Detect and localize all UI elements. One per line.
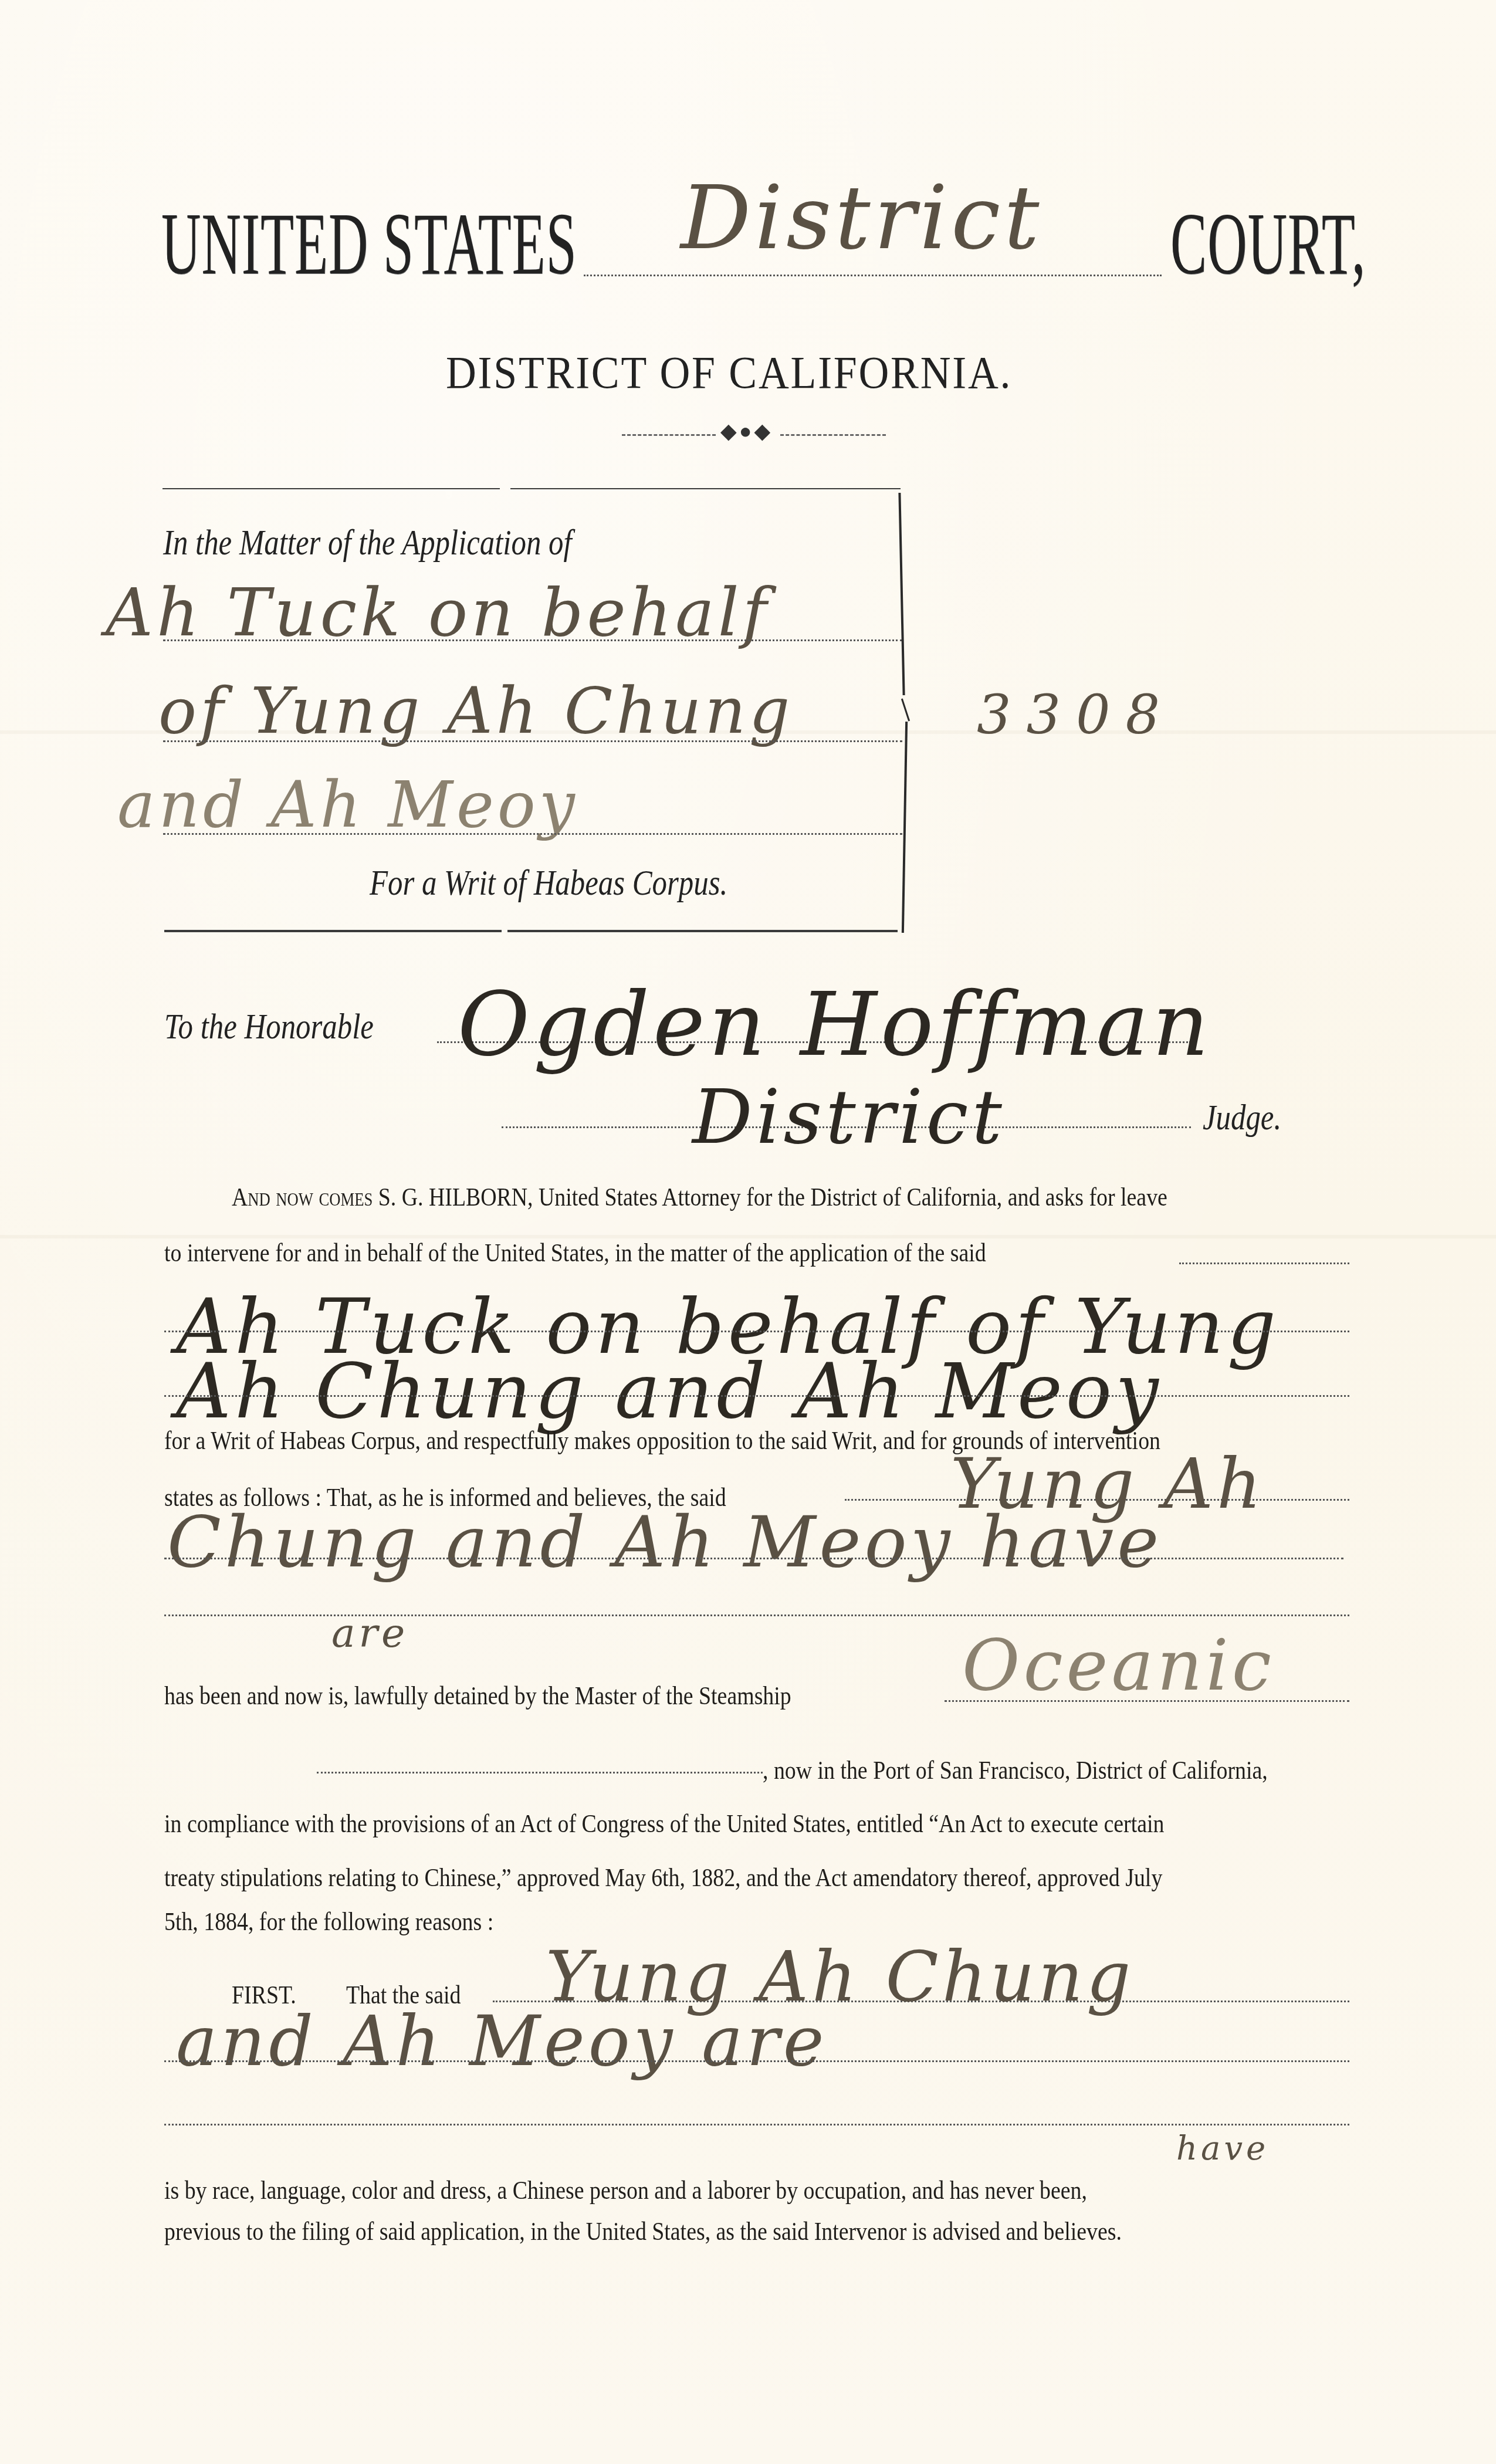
district-subtitle: DISTRICT OF CALIFORNIA. [446,346,1012,399]
body-line-8: treaty stipulations relating to Chinese,… [164,1863,1162,1893]
court-title-right: COURT, [1170,194,1366,295]
applicant-body-blank-3 [164,1395,1349,1397]
court-type-handwritten-2: District [692,1074,1006,1161]
body-line-7: in compliance with the provisions of an … [164,1809,1164,1839]
body-line-1-rest: S. G. HILBORN, United States Attorney fo… [378,1183,1167,1211]
ornament-line-right [780,434,886,436]
court-type-handwritten: District [681,167,1043,269]
body-line-5: has been and now is, lawfully detained b… [164,1681,791,1711]
first-blank-3 [164,2124,1349,2125]
applicant-line-2: of Yung Ah Chung [158,675,793,748]
applicant-blank-body [1179,1263,1349,1264]
hand-steamship-name: Oceanic [962,1625,1275,1707]
caption-top-rule [163,488,500,489]
applicant-blank-2 [163,740,902,742]
correction-have: have [1176,2130,1269,2168]
body-p2-line-2: previous to the filing of said applicati… [164,2216,1122,2246]
ornament-icon: ◆●◆ [720,419,773,444]
applicant-body-blank-2 [164,1331,1349,1332]
ornament-line-left [622,434,716,436]
hand-detainee-2: Chung and Ah Meoy have [167,1502,1162,1583]
court-type-blank [584,275,1162,276]
body-p2-line-1: is by race, language, color and dress, a… [164,2175,1087,2205]
hand-applicant-body-2: Ah Chung and Ah Meoy [176,1346,1162,1436]
caption-bottom-rule [507,930,898,932]
body-line-2: to intervene for and in behalf of the Un… [164,1238,986,1268]
body-line-9: 5th, 1884, for the following reasons : [164,1907,493,1937]
hand-first-2: and Ah Meoy are [176,2001,828,2081]
judge-name-handwritten: Ogden Hoffman [458,974,1213,1076]
court-title-left: UNITED STATES [161,194,577,295]
body-line-1: And now comes S. G. HILBORN, United Stat… [232,1182,1167,1212]
and-now-comes-smallcaps: And now comes [232,1183,373,1211]
steamship-blank-2 [317,1772,763,1773]
to-the-honorable-label: To the Honorable [164,1006,374,1048]
case-number: 3308 [977,683,1175,746]
writ-label: For a Writ of Habeas Corpus. [370,862,727,904]
applicant-blank-3 [163,833,902,835]
detainee-blank-2 [164,1558,1343,1559]
matter-label: In the Matter of the Application of [163,522,572,564]
correction-are: are [331,1610,408,1657]
caption-top-rule [510,488,901,489]
judge-label: Judge. [1203,1097,1281,1139]
applicant-line-3: and Ah Meoy [117,769,578,842]
caption-bottom-rule [164,930,502,932]
first-blank-2 [164,2060,1349,2062]
body-line-6: , now in the Port of San Francisco, Dist… [763,1755,1268,1785]
applicant-blank-1 [163,639,902,641]
